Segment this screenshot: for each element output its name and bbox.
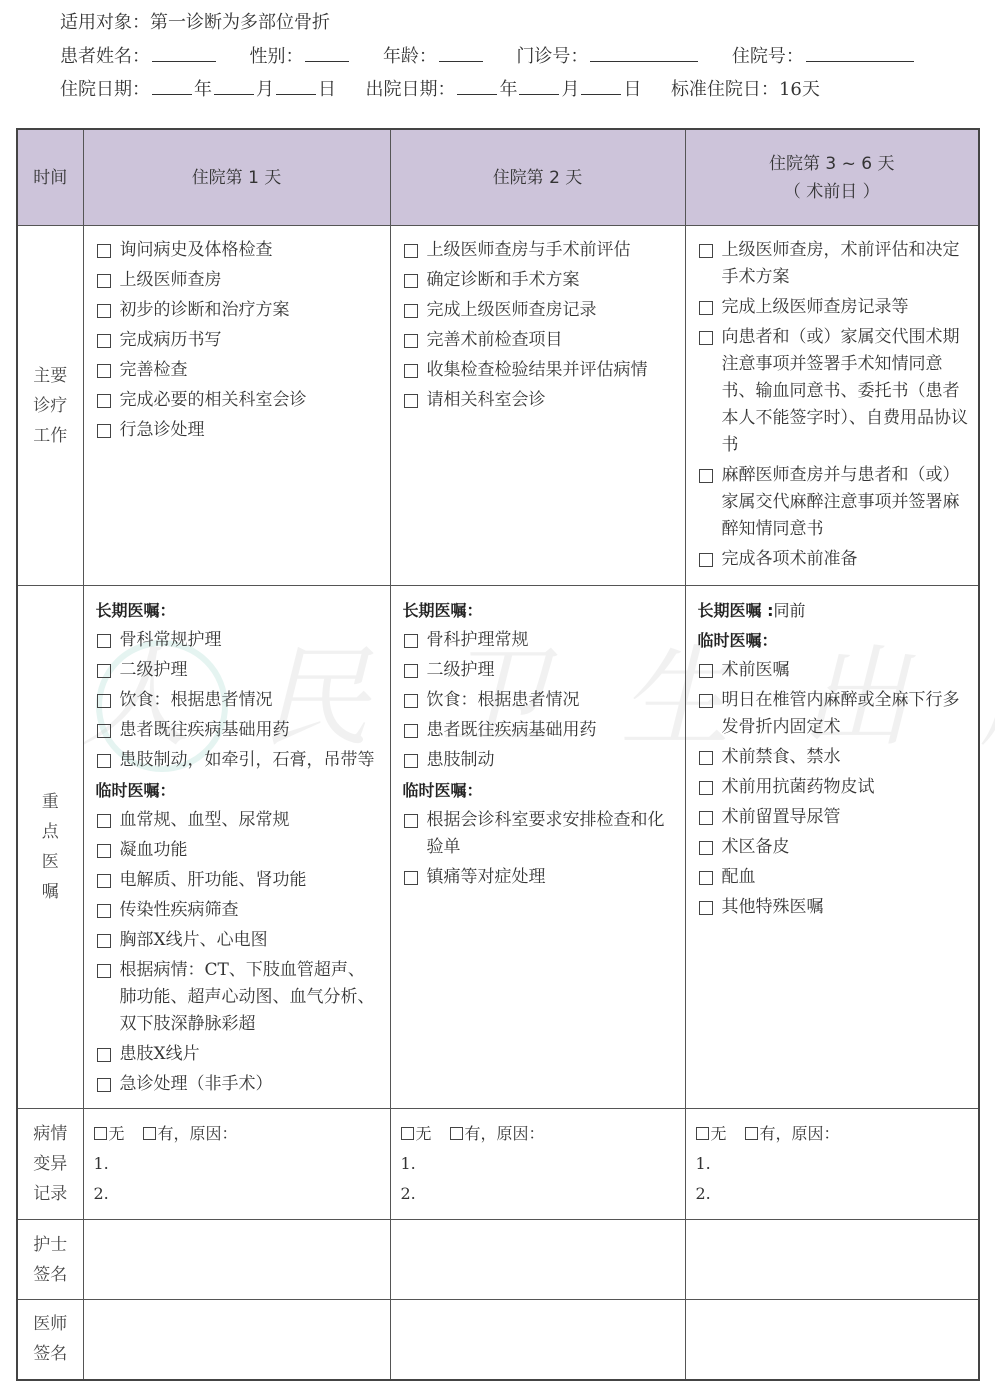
main-work-day1: 询问病史及体格检查 上级医师查房 初步的诊断和治疗方案 完成病历书写 完善检查 … (83, 226, 390, 586)
checkbox[interactable] (97, 244, 111, 258)
key-orders-day3: 长期医嘱 :同前 临时医嘱： 术前医嘱 明日在椎管内麻醉或全麻下行多发骨折内固定… (685, 586, 979, 1109)
discharge-day-field[interactable] (581, 78, 621, 95)
outpatient-no-field[interactable] (590, 45, 698, 62)
header-time: 时间 (17, 129, 83, 226)
checkbox[interactable] (97, 694, 111, 708)
checkbox[interactable] (404, 871, 418, 885)
item-text: 根据会诊科室要求安排检查和化验单 (427, 806, 675, 863)
age-label: 年龄： (383, 42, 437, 68)
checklist-item[interactable]: 询问病史及体格检查 (96, 236, 380, 266)
checklist-item[interactable]: 传染性疾病筛查 (96, 896, 380, 926)
checklist-item[interactable]: 完善检查 (96, 356, 380, 386)
checkbox[interactable] (97, 724, 111, 738)
applicable-line: 适用对象：第一诊断为多部位骨折 (60, 8, 330, 34)
checklist-item[interactable]: 上级医师查房，术前评估和决定手术方案 (698, 236, 969, 293)
checklist-item[interactable]: 患肢制动，如牵引，石膏，吊带等 (96, 746, 380, 776)
checklist-item[interactable]: 向患者和（或）家属交代围术期注意事项并签署手术知情同意书、输血同意书、委托书（患… (698, 323, 969, 461)
checklist-item[interactable]: 初步的诊断和治疗方案 (96, 296, 380, 326)
item-text: 完成必要的相关科室会诊 (120, 386, 307, 416)
row-label-main-work: 主要 诊疗 工作 (17, 226, 83, 586)
checkbox[interactable] (97, 394, 111, 408)
doctor-sign-day3[interactable] (685, 1300, 979, 1380)
item-text: 明日在椎管内麻醉或全麻下行多发骨折内固定术 (722, 686, 969, 743)
variation-line-2[interactable]: 2. (696, 1179, 969, 1209)
row-doctor-sign: 医师 签名 (17, 1300, 979, 1380)
nurse-sign-day1[interactable] (83, 1220, 390, 1300)
checklist-item[interactable]: 请相关科室会诊 (403, 386, 675, 416)
checkbox[interactable] (97, 874, 111, 888)
checkbox[interactable] (699, 469, 713, 483)
year-unit: 年 (194, 75, 212, 101)
checklist-item[interactable]: 根据会诊科室要求安排检查和化验单 (403, 806, 675, 863)
label-line: 记录 (18, 1179, 83, 1209)
header-day3: 住院第 3 ~ 6 天（ 术前日 ） (685, 129, 979, 226)
item-text: 患者既往疾病基础用药 (427, 716, 597, 746)
item-text: 上级医师查房与手术前评估 (427, 236, 631, 266)
checkbox[interactable] (97, 334, 111, 348)
has-label: 有，原因： (465, 1124, 545, 1143)
checkbox[interactable] (699, 331, 713, 345)
item-text: 收集检查检验结果并评估病情 (427, 356, 648, 386)
checklist-item[interactable]: 饮食：根据患者情况 (403, 686, 675, 716)
none-label: 无 (416, 1124, 432, 1143)
checklist-item[interactable]: 麻醉医师查房并与患者和（或）家属交代麻醉注意事项并签署麻醉知情同意书 (698, 461, 969, 545)
variation-line-1[interactable]: 1. (94, 1149, 380, 1179)
checklist-item[interactable]: 完成必要的相关科室会诊 (96, 386, 380, 416)
checklist-item[interactable]: 其他特殊医嘱 (698, 893, 969, 923)
checkbox[interactable] (404, 724, 418, 738)
checkbox[interactable] (699, 553, 713, 567)
checklist-item[interactable]: 术区备皮 (698, 833, 969, 863)
checklist-item[interactable]: 骨科护理常规 (403, 626, 675, 656)
doctor-sign-day1[interactable] (83, 1300, 390, 1380)
item-text: 向患者和（或）家属交代围术期注意事项并签署手术知情同意书、输血同意书、委托书（患… (722, 323, 969, 461)
checkbox[interactable] (404, 754, 418, 768)
checkbox[interactable] (97, 634, 111, 648)
label-line: 重 (18, 787, 83, 817)
item-text: 血常规、血型、尿常规 (120, 806, 290, 836)
item-text: 其他特殊医嘱 (722, 893, 824, 923)
checkbox-has[interactable] (745, 1127, 758, 1140)
checkbox[interactable] (699, 694, 713, 708)
item-text: 询问病史及体格检查 (120, 236, 273, 266)
long-term-orders-heading: 长期医嘱： (96, 596, 380, 626)
checkbox[interactable] (97, 664, 111, 678)
checkbox[interactable] (699, 781, 713, 795)
label-line: 医师 (18, 1309, 83, 1339)
checkbox[interactable] (97, 964, 111, 978)
temporary-orders-heading: 临时医嘱： (96, 776, 380, 806)
doctor-sign-day2[interactable] (390, 1300, 685, 1380)
checklist-item[interactable]: 镇痛等对症处理 (403, 863, 675, 893)
row-label-nurse-sign: 护士 签名 (17, 1220, 83, 1300)
item-text: 完成上级医师查房记录等 (722, 293, 909, 323)
label-line: 工作 (18, 421, 83, 451)
checkbox[interactable] (97, 904, 111, 918)
item-text: 急诊处理（非手术） (120, 1070, 273, 1100)
item-text: 完成病历书写 (120, 326, 222, 356)
checklist-item[interactable]: 患者既往疾病基础用药 (96, 716, 380, 746)
checklist-item[interactable]: 完成各项术前准备 (698, 545, 969, 575)
has-label: 有，原因： (158, 1124, 238, 1143)
item-text: 麻醉医师查房并与患者和（或）家属交代麻醉注意事项并签署麻醉知情同意书 (722, 461, 969, 545)
variation-options: 无有，原因： (401, 1119, 675, 1149)
checklist-item[interactable]: 完成上级医师查房记录等 (698, 293, 969, 323)
has-label: 有，原因： (760, 1124, 840, 1143)
checklist-item[interactable]: 完善术前检查项目 (403, 326, 675, 356)
none-label: 无 (109, 1124, 125, 1143)
checkbox[interactable] (97, 364, 111, 378)
item-text: 患者既往疾病基础用药 (120, 716, 290, 746)
month-unit: 月 (256, 75, 274, 101)
checkbox[interactable] (404, 304, 418, 318)
header-day3-line2: （ 术前日 ） (686, 178, 979, 206)
checklist-item[interactable]: 术前禁食、禁水 (698, 743, 969, 773)
checklist-item[interactable]: 骨科常规护理 (96, 626, 380, 656)
label-line: 签名 (18, 1260, 83, 1290)
label-line: 病情 (18, 1119, 83, 1149)
row-nurse-sign: 护士 签名 (17, 1220, 979, 1300)
variation-day3: 无有，原因： 1. 2. (685, 1109, 979, 1220)
variation-options: 无有，原因： (94, 1119, 380, 1149)
item-text: 术前留置导尿管 (722, 803, 841, 833)
checkbox[interactable] (699, 751, 713, 765)
checklist-item[interactable]: 上级医师查房与手术前评估 (403, 236, 675, 266)
clinical-pathway-table: 时间 住院第 1 天 住院第 2 天 住院第 3 ~ 6 天（ 术前日 ） 主要… (16, 128, 980, 1381)
checkbox[interactable] (97, 304, 111, 318)
temporary-orders-heading: 临时医嘱： (403, 776, 675, 806)
label-line: 签名 (18, 1339, 83, 1369)
checklist-item[interactable]: 完成病历书写 (96, 326, 380, 356)
item-text: 二级护理 (120, 656, 188, 686)
checklist-item[interactable]: 血常规、血型、尿常规 (96, 806, 380, 836)
variation-line-2[interactable]: 2. (94, 1179, 380, 1209)
item-text: 根据病情：CT、下肢血管超声、肺功能、超声心动图、血气分析、双下肢深静脉彩超 (120, 956, 380, 1040)
item-text: 完善检查 (120, 356, 188, 386)
checkbox[interactable] (97, 754, 111, 768)
month-unit: 月 (561, 75, 579, 101)
checkbox[interactable] (699, 301, 713, 315)
item-text: 请相关科室会诊 (427, 386, 546, 416)
key-orders-day2: 长期医嘱： 骨科护理常规 二级护理 饮食：根据患者情况 患者既往疾病基础用药 患… (390, 586, 685, 1109)
checkbox-none[interactable] (401, 1127, 414, 1140)
checkbox[interactable] (97, 1048, 111, 1062)
checklist-item[interactable]: 根据病情：CT、下肢血管超声、肺功能、超声心动图、血气分析、双下肢深静脉彩超 (96, 956, 380, 1040)
item-text: 凝血功能 (120, 836, 188, 866)
variation-day2: 无有，原因： 1. 2. (390, 1109, 685, 1220)
year-unit: 年 (499, 75, 517, 101)
variation-line-1[interactable]: 1. (696, 1149, 969, 1179)
checkbox[interactable] (404, 244, 418, 258)
label-line: 诊疗 (18, 391, 83, 421)
checkbox-has[interactable] (143, 1127, 156, 1140)
checkbox[interactable] (97, 424, 111, 438)
checklist-item[interactable]: 明日在椎管内麻醉或全麻下行多发骨折内固定术 (698, 686, 969, 743)
checklist-item[interactable]: 患肢X线片 (96, 1040, 380, 1070)
item-text: 胸部X线片、心电图 (120, 926, 268, 956)
row-label-key-orders: 重 点 医 嘱 (17, 586, 83, 1109)
item-text: 行急诊处理 (120, 416, 205, 446)
discharge-year-field[interactable] (457, 78, 497, 95)
checkbox[interactable] (699, 244, 713, 258)
row-label-variation: 病情 变异 记录 (17, 1109, 83, 1220)
checklist-item[interactable]: 二级护理 (403, 656, 675, 686)
checkbox[interactable] (404, 814, 418, 828)
main-work-day2: 上级医师查房与手术前评估 确定诊断和手术方案 完成上级医师查房记录 完善术前检查… (390, 226, 685, 586)
checkbox[interactable] (404, 394, 418, 408)
gender-field[interactable] (305, 45, 349, 62)
long-term-orders-heading: 长期医嘱： (403, 596, 675, 626)
item-text: 患肢X线片 (120, 1040, 200, 1070)
applicable-value: 第一诊断为多部位骨折 (150, 8, 330, 34)
discharge-month-field[interactable] (519, 78, 559, 95)
admission-month-field[interactable] (214, 78, 254, 95)
checkbox[interactable] (404, 364, 418, 378)
variation-line-1[interactable]: 1. (401, 1149, 675, 1179)
checkbox[interactable] (404, 634, 418, 648)
item-text: 术前医嘱 (722, 656, 790, 686)
item-text: 骨科常规护理 (120, 626, 222, 656)
checklist-item[interactable]: 上级医师查房 (96, 266, 380, 296)
standard-stay-label: 标准住院日： (671, 75, 779, 101)
checkbox[interactable] (97, 1078, 111, 1092)
gender-label: 性别： (249, 42, 303, 68)
checklist-item[interactable]: 患肢制动 (403, 746, 675, 776)
item-text: 术前禁食、禁水 (722, 743, 841, 773)
item-text: 患肢制动，如牵引，石膏，吊带等 (120, 746, 375, 776)
inpatient-no-label: 住院号： (732, 42, 804, 68)
checkbox[interactable] (97, 934, 111, 948)
day-unit: 日 (318, 75, 336, 101)
checklist-item[interactable]: 凝血功能 (96, 836, 380, 866)
row-variation: 病情 变异 记录 无有，原因： 1. 2. 无有，原因： 1. 2. 无有，原因… (17, 1109, 979, 1220)
row-main-work: 主要 诊疗 工作 询问病史及体格检查 上级医师查房 初步的诊断和治疗方案 完成病… (17, 226, 979, 586)
item-text: 完成上级医师查房记录 (427, 296, 597, 326)
patient-info-line: 患者姓名： 性别： 年龄： 门诊号： 住院号： (60, 42, 916, 68)
checklist-item[interactable]: 术前用抗菌药物皮试 (698, 773, 969, 803)
checklist-item[interactable]: 急诊处理（非手术） (96, 1070, 380, 1100)
long-term-label: 长期医嘱 : (698, 601, 774, 620)
checklist-item[interactable]: 行急诊处理 (96, 416, 380, 446)
admission-year-field[interactable] (152, 78, 192, 95)
label-line: 主要 (18, 361, 83, 391)
age-field[interactable] (439, 45, 483, 62)
item-text: 饮食：根据患者情况 (427, 686, 580, 716)
checkbox[interactable] (699, 871, 713, 885)
nurse-sign-day3[interactable] (685, 1220, 979, 1300)
item-text: 上级医师查房，术前评估和决定手术方案 (722, 236, 969, 293)
item-text: 配血 (722, 863, 756, 893)
item-text: 二级护理 (427, 656, 495, 686)
inpatient-no-field[interactable] (806, 45, 914, 62)
header-row: 时间 住院第 1 天 住院第 2 天 住院第 3 ~ 6 天（ 术前日 ） (17, 129, 979, 226)
admission-date-label: 住院日期： (60, 75, 150, 101)
key-orders-day1: 长期医嘱： 骨科常规护理 二级护理 饮食：根据患者情况 患者既往疾病基础用药 患… (83, 586, 390, 1109)
checkbox[interactable] (404, 334, 418, 348)
item-text: 镇痛等对症处理 (427, 863, 546, 893)
checklist-item[interactable]: 二级护理 (96, 656, 380, 686)
header-day1: 住院第 1 天 (83, 129, 390, 226)
checklist-item[interactable]: 确定诊断和手术方案 (403, 266, 675, 296)
nurse-sign-day2[interactable] (390, 1220, 685, 1300)
long-term-value: 同前 (773, 601, 805, 620)
standard-stay-value: 16天 (779, 75, 820, 101)
row-key-orders: 重 点 医 嘱 长期医嘱： 骨科常规护理 二级护理 饮食：根据患者情况 患者既往… (17, 586, 979, 1109)
dates-line: 住院日期：年月日 出院日期：年月日 标准住院日：16天 (60, 75, 820, 101)
checkbox[interactable] (404, 664, 418, 678)
item-text: 上级医师查房 (120, 266, 222, 296)
item-text: 初步的诊断和治疗方案 (120, 296, 290, 326)
none-label: 无 (711, 1124, 727, 1143)
checkbox[interactable] (97, 844, 111, 858)
day-unit: 日 (623, 75, 641, 101)
header-day2: 住院第 2 天 (390, 129, 685, 226)
variation-line-2[interactable]: 2. (401, 1179, 675, 1209)
checklist-item[interactable]: 术前医嘱 (698, 656, 969, 686)
checklist-item[interactable]: 电解质、肝功能、肾功能 (96, 866, 380, 896)
item-text: 电解质、肝功能、肾功能 (120, 866, 307, 896)
checklist-item[interactable]: 完成上级医师查房记录 (403, 296, 675, 326)
long-term-orders-heading: 长期医嘱 :同前 (698, 596, 969, 626)
checkbox[interactable] (699, 811, 713, 825)
checklist-item[interactable]: 配血 (698, 863, 969, 893)
discharge-date-label: 出院日期： (365, 75, 455, 101)
temporary-orders-heading: 临时医嘱： (698, 626, 969, 656)
patient-name-field[interactable] (152, 45, 216, 62)
checklist-item[interactable]: 饮食：根据患者情况 (96, 686, 380, 716)
row-label-doctor-sign: 医师 签名 (17, 1300, 83, 1380)
checkbox[interactable] (699, 841, 713, 855)
item-text: 完成各项术前准备 (722, 545, 858, 575)
checklist-item[interactable]: 胸部X线片、心电图 (96, 926, 380, 956)
patient-name-label: 患者姓名： (60, 42, 150, 68)
checkbox-none[interactable] (94, 1127, 107, 1140)
checkbox[interactable] (699, 664, 713, 678)
applicable-label: 适用对象： (60, 8, 150, 34)
variation-options: 无有，原因： (696, 1119, 969, 1149)
checkbox-has[interactable] (450, 1127, 463, 1140)
checklist-item[interactable]: 术前留置导尿管 (698, 803, 969, 833)
variation-day1: 无有，原因： 1. 2. (83, 1109, 390, 1220)
checkbox-none[interactable] (696, 1127, 709, 1140)
checkbox[interactable] (404, 694, 418, 708)
header-day3-line1: 住院第 3 ~ 6 天 (686, 150, 979, 178)
label-line: 嘱 (18, 877, 83, 907)
checkbox[interactable] (97, 814, 111, 828)
item-text: 术区备皮 (722, 833, 790, 863)
item-text: 传染性疾病筛查 (120, 896, 239, 926)
item-text: 术前用抗菌药物皮试 (722, 773, 875, 803)
checkbox[interactable] (699, 901, 713, 915)
item-text: 饮食：根据患者情况 (120, 686, 273, 716)
item-text: 完善术前检查项目 (427, 326, 563, 356)
main-work-day3: 上级医师查房，术前评估和决定手术方案 完成上级医师查房记录等 向患者和（或）家属… (685, 226, 979, 586)
item-text: 确定诊断和手术方案 (427, 266, 580, 296)
label-line: 护士 (18, 1230, 83, 1260)
checklist-item[interactable]: 患者既往疾病基础用药 (403, 716, 675, 746)
label-line: 点 (18, 817, 83, 847)
checkbox[interactable] (404, 274, 418, 288)
label-line: 变异 (18, 1149, 83, 1179)
label-line: 医 (18, 847, 83, 877)
item-text: 骨科护理常规 (427, 626, 529, 656)
item-text: 患肢制动 (427, 746, 495, 776)
outpatient-no-label: 门诊号： (516, 42, 588, 68)
admission-day-field[interactable] (276, 78, 316, 95)
checkbox[interactable] (97, 274, 111, 288)
checklist-item[interactable]: 收集检查检验结果并评估病情 (403, 356, 675, 386)
